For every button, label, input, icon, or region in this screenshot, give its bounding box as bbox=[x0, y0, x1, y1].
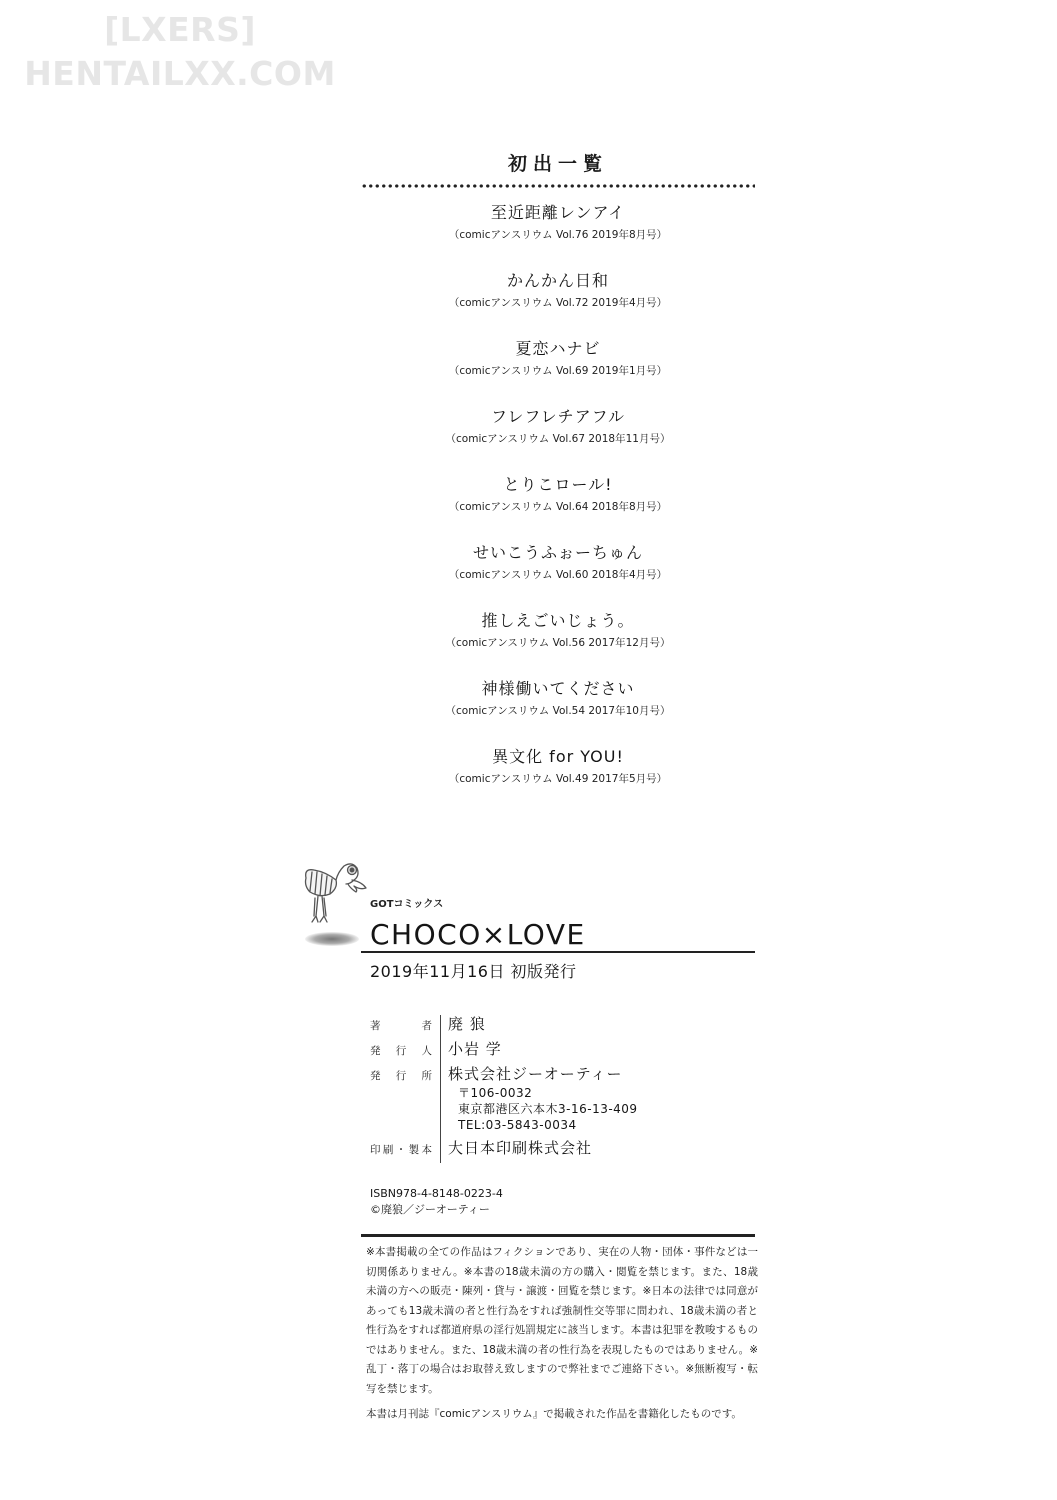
author-name: 廃 狼 bbox=[448, 1013, 486, 1034]
entry-source: （comicアンスリウム Vol.56 2017年12月号） bbox=[361, 635, 755, 651]
watermark-line-1: [LXERS] bbox=[104, 10, 256, 49]
entry-source: （comicアンスリウム Vol.76 2019年8月号） bbox=[361, 227, 755, 243]
entry-source: （comicアンスリウム Vol.60 2018年4月号） bbox=[361, 567, 755, 583]
toc-entry: かんかん日和 （comicアンスリウム Vol.72 2019年4月号） bbox=[361, 271, 755, 311]
toc-entry: フレフレチアフル （comicアンスリウム Vol.67 2018年11月号） bbox=[361, 407, 755, 447]
toc-entry: とりこロール! （comicアンスリウム Vol.64 2018年8月号） bbox=[361, 475, 755, 515]
copyright: ©廃狼／ジーオーティー bbox=[370, 1202, 503, 1218]
isbn-block: ISBN978-4-8148-0223-4 ©廃狼／ジーオーティー bbox=[370, 1186, 503, 1218]
entry-title: フレフレチアフル bbox=[361, 407, 755, 427]
entry-source: （comicアンスリウム Vol.64 2018年8月号） bbox=[361, 499, 755, 515]
toc-entry: 異文化 for YOU! （comicアンスリウム Vol.49 2017年5月… bbox=[361, 747, 755, 787]
dotted-divider bbox=[361, 184, 755, 188]
entry-title: せいこうふぉーちゅん bbox=[361, 543, 755, 563]
entry-source: （comicアンスリウム Vol.49 2017年5月号） bbox=[361, 771, 755, 787]
publisher-address: 東京都港区六本木3-16-13-409 bbox=[370, 1101, 638, 1117]
entry-title: 神様働いてください bbox=[361, 679, 755, 699]
imprint-label: GOTコミックス bbox=[370, 895, 443, 910]
entry-title: 異文化 for YOU! bbox=[361, 747, 755, 767]
publisher-person-name: 小岩 学 bbox=[448, 1038, 502, 1059]
entry-title: 夏恋ハナビ bbox=[361, 339, 755, 359]
colophon: 著者 廃 狼 発行人 小岩 学 発行所 株式会社ジーオーティー 〒106-003… bbox=[370, 1013, 638, 1163]
entry-source: （comicアンスリウム Vol.54 2017年10月号） bbox=[361, 703, 755, 719]
publication-date: 2019年11月16日 初版発行 bbox=[370, 959, 577, 982]
watermark: [LXERS] HENTAILXX.COM bbox=[0, 8, 360, 96]
publisher-name: 株式会社ジーオーティー bbox=[448, 1063, 623, 1084]
toc-entry: 至近距離レンアイ （comicアンスリウム Vol.76 2019年8月号） bbox=[361, 203, 755, 243]
publisher-person-label: 発行人 bbox=[370, 1043, 432, 1058]
author-label: 著者 bbox=[370, 1018, 432, 1033]
colophon-author-row: 著者 廃 狼 bbox=[370, 1013, 638, 1038]
colophon-printer-row: 印刷・製本 大日本印刷株式会社 bbox=[370, 1137, 638, 1163]
colophon-publisher-row: 発行所 株式会社ジーオーティー bbox=[370, 1063, 638, 1085]
book-title: CHOCO×LOVE bbox=[370, 918, 586, 951]
entry-source: （comicアンスリウム Vol.67 2018年11月号） bbox=[361, 431, 755, 447]
toc-entry: 推しえごいじょう。 （comicアンスリウム Vol.56 2017年12月号） bbox=[361, 611, 755, 651]
watermark-line-2: HENTAILXX.COM bbox=[0, 52, 360, 96]
entry-source: （comicアンスリウム Vol.72 2019年4月号） bbox=[361, 295, 755, 311]
printer-name: 大日本印刷株式会社 bbox=[448, 1137, 592, 1158]
publisher-label: 発行所 bbox=[370, 1068, 432, 1083]
printer-label: 印刷・製本 bbox=[370, 1142, 432, 1157]
colophon-publisher-person-row: 発行人 小岩 学 bbox=[370, 1038, 638, 1063]
title-rule bbox=[361, 951, 755, 953]
isbn: ISBN978-4-8148-0223-4 bbox=[370, 1186, 503, 1202]
entry-title: かんかん日和 bbox=[361, 271, 755, 291]
entry-title: 至近距離レンアイ bbox=[361, 203, 755, 223]
publisher-tel: TEL:03-5843-0034 bbox=[370, 1117, 638, 1133]
toc-entry: 夏恋ハナビ （comicアンスリウム Vol.69 2019年1月号） bbox=[361, 339, 755, 379]
entry-title: 推しえごいじょう。 bbox=[361, 611, 755, 631]
toc-entry: せいこうふぉーちゅん （comicアンスリウム Vol.60 2018年4月号） bbox=[361, 543, 755, 583]
toc-entry: 神様働いてください （comicアンスリウム Vol.54 2017年10月号） bbox=[361, 679, 755, 719]
footer-note: 本書は月刊誌『comicアンスリウム』で掲載された作品を書籍化したものです。 bbox=[366, 1406, 742, 1421]
legal-notice: ※本書掲載の全ての作品はフィクションであり、実在の人物・団体・事件などは一切関係… bbox=[366, 1243, 758, 1399]
entry-source: （comicアンスリウム Vol.69 2019年1月号） bbox=[361, 363, 755, 379]
publisher-postal: 〒106-0032 bbox=[370, 1085, 638, 1101]
bird-mascot-icon bbox=[300, 858, 370, 948]
toc-title: 初出一覧 bbox=[361, 149, 755, 176]
notice-rule bbox=[361, 1234, 755, 1237]
entry-title: とりこロール! bbox=[361, 475, 755, 495]
